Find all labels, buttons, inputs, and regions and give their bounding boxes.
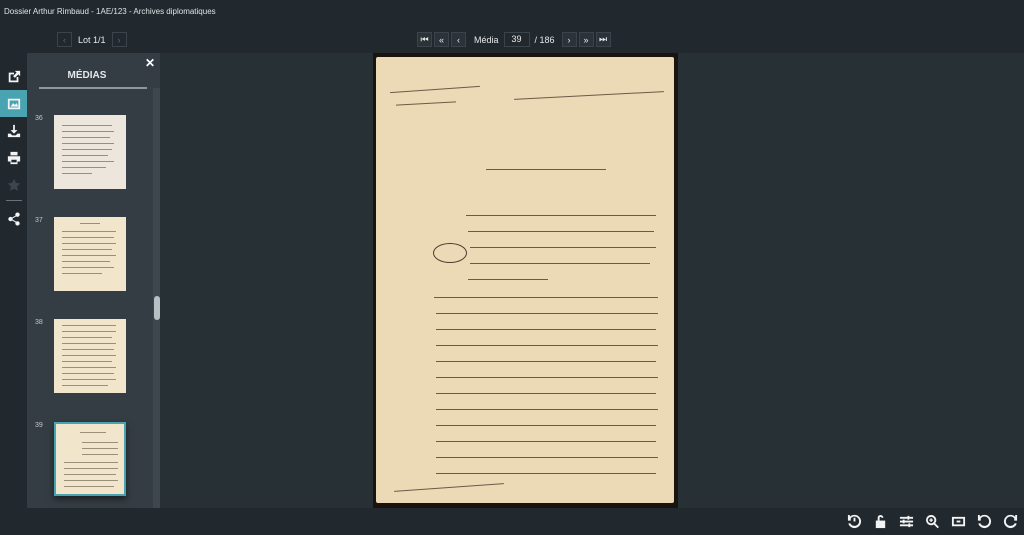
document-viewer[interactable] (160, 53, 1024, 508)
fit-screen-button[interactable] (951, 514, 966, 534)
last-media-button[interactable]: ⏭ (596, 32, 611, 47)
external-link-icon (7, 70, 21, 84)
open-external-button[interactable] (0, 63, 27, 90)
share-button[interactable] (0, 205, 27, 232)
toolbar-divider (6, 200, 22, 201)
sliders-icon (899, 514, 914, 529)
thumbnail-number: 39 (35, 422, 43, 429)
rotate-right-button[interactable] (1003, 514, 1018, 534)
share-icon (7, 212, 21, 226)
archive-stamp (433, 243, 467, 263)
document-title: Dossier Arthur Rimbaud - 1AE/123 - Archi… (4, 7, 216, 16)
media-label: Média (474, 35, 499, 45)
thumbnail-number: 36 (35, 115, 43, 122)
prev-fast-button[interactable]: « (434, 32, 449, 47)
left-toolbar (0, 63, 27, 508)
next-media-button[interactable]: › (562, 32, 577, 47)
reset-icon (847, 514, 862, 529)
chevron-left-icon: ‹ (457, 35, 460, 45)
thumbnail-image (54, 115, 126, 189)
lock-button[interactable] (873, 514, 888, 534)
next-fast-button[interactable]: » (579, 32, 594, 47)
document-image[interactable] (373, 53, 678, 508)
panel-title-underline (39, 87, 147, 89)
unlock-icon (873, 514, 888, 529)
lot-navigation: ‹ Lot 1/1 › (57, 32, 127, 47)
download-icon (7, 124, 21, 138)
rotate-left-button[interactable] (977, 514, 992, 534)
thumbnail-number: 37 (35, 217, 43, 224)
media-total: / 186 (535, 35, 555, 45)
last-page-icon: ⏭ (599, 34, 607, 45)
rotate-right-icon (1003, 514, 1018, 529)
star-icon (7, 178, 21, 192)
chevron-left-icon: ‹ (63, 35, 66, 45)
bottom-toolbar (0, 508, 1024, 535)
thumbnail-image (54, 422, 126, 496)
panel-title: MÉDIAS (27, 70, 147, 81)
chevron-right-icon: › (118, 35, 121, 45)
zoom-in-icon (925, 514, 940, 529)
lot-next-button[interactable]: › (112, 32, 127, 47)
thumbnail-image (54, 319, 126, 393)
double-chevron-left-icon: « (439, 35, 444, 45)
download-button[interactable] (0, 117, 27, 144)
media-button[interactable] (0, 90, 27, 117)
print-icon (7, 151, 21, 165)
adjust-button[interactable] (899, 514, 914, 534)
first-page-icon: ⏮ (420, 34, 428, 45)
lot-prev-button[interactable]: ‹ (57, 32, 72, 47)
image-icon (7, 97, 21, 111)
lot-label: Lot 1/1 (78, 35, 106, 45)
thumbnail-image (54, 217, 126, 291)
double-chevron-right-icon: » (584, 35, 589, 45)
favorite-button[interactable] (0, 171, 27, 198)
fit-screen-icon (951, 514, 966, 529)
reset-button[interactable] (847, 514, 862, 534)
rotate-left-icon (977, 514, 992, 529)
close-panel-button[interactable]: ✕ (145, 56, 155, 70)
media-navigation: ⏮ « ‹ Média 39 / 186 › » ⏭ (417, 32, 611, 47)
thumbnail-number: 38 (35, 319, 43, 326)
prev-media-button[interactable]: ‹ (451, 32, 466, 47)
media-number-input[interactable]: 39 (504, 32, 530, 47)
letter-page (376, 57, 674, 503)
zoom-in-button[interactable] (925, 514, 940, 534)
first-media-button[interactable]: ⏮ (417, 32, 432, 47)
close-icon: ✕ (145, 56, 155, 70)
media-panel: ✕ MÉDIAS 36 37 38 39 (27, 53, 160, 508)
chevron-right-icon: › (568, 35, 571, 45)
print-button[interactable] (0, 144, 27, 171)
